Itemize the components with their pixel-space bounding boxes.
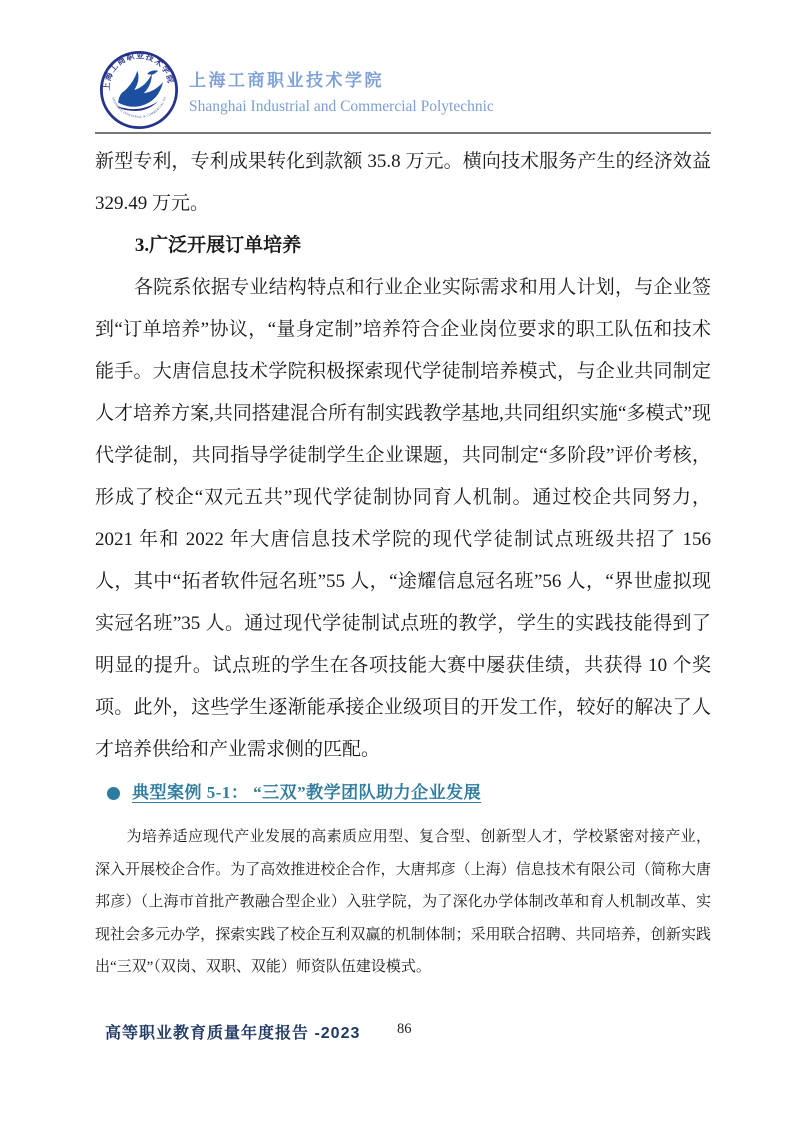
document-page: 上海工商职业技术学院 SHANGHAI INDUSTRIAL & COMMERC… bbox=[0, 0, 793, 1122]
header-divider bbox=[95, 132, 711, 134]
school-name-cn: 上海工商职业技术学院 bbox=[189, 66, 494, 91]
footer-page-number: 86 bbox=[397, 1021, 412, 1038]
school-name-block: 上海工商职业技术学院 Shanghai Industrial and Comme… bbox=[189, 64, 494, 116]
paragraph-apprenticeship: 各院系依据专业结构特点和行业企业实际需求和用人计划，与企业签到“订单培养”协议，… bbox=[95, 267, 711, 771]
school-logo-icon: 上海工商职业技术学院 SHANGHAI INDUSTRIAL & COMMERC… bbox=[99, 50, 179, 130]
paragraph-economic-benefit: 新型专利，专利成果转化到款额 35.8 万元。横向技术服务产生的经济效益 329… bbox=[95, 141, 711, 225]
footer-report-title: 高等职业教育质量年度报告 -2023 bbox=[105, 1020, 360, 1043]
page-header: 上海工商职业技术学院 SHANGHAI INDUSTRIAL & COMMERC… bbox=[99, 50, 494, 130]
paragraph-case-study: 为培养适应现代产业发展的高素质应用型、复合型、创新型人才，学校紧密对接产业，深入… bbox=[95, 821, 711, 984]
section-heading-order-training: 3.广泛开展订单培养 bbox=[95, 225, 711, 267]
case-heading-row: 典型案例 5-1： “三双”教学团队助力企业发展 bbox=[95, 772, 711, 814]
school-name-en: Shanghai Industrial and Commercial Polyt… bbox=[189, 98, 494, 116]
bullet-icon bbox=[107, 787, 120, 800]
case-heading-link[interactable]: 典型案例 5-1： “三双”教学团队助力企业发展 bbox=[132, 772, 481, 814]
document-body: 新型专利，专利成果转化到款额 35.8 万元。横向技术服务产生的经济效益 329… bbox=[95, 141, 711, 984]
